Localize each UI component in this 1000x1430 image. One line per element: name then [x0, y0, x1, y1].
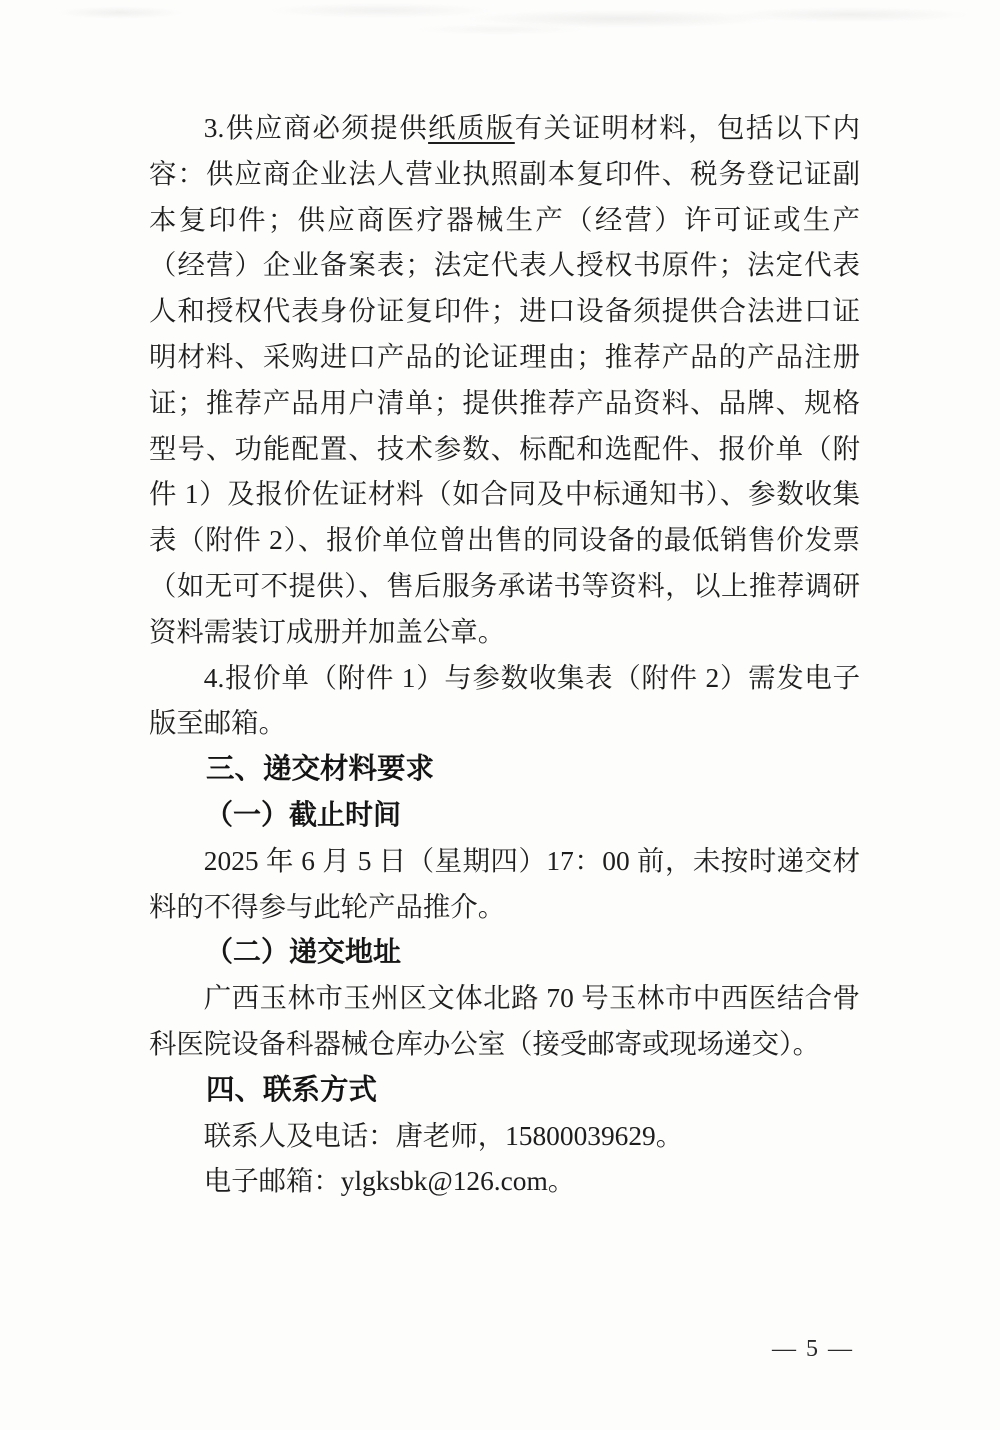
paragraph-contact-email: 电子邮箱：ylgksbk@126.com。 — [149, 1159, 860, 1205]
document-page: 3.供应商必须提供纸质版有关证明材料，包括以下内容：供应商企业法人营业执照副本复… — [0, 0, 1000, 1430]
page-footer: — 5 — — [772, 1336, 854, 1363]
item3-underlined-term: 纸质版 — [428, 113, 515, 143]
scan-artifact-top — [0, 0, 1000, 42]
subsection-deadline-heading: （一）截止时间 — [149, 793, 860, 839]
paragraph-item4-electronic-copy: 4.报价单（附件 1）与参数收集表（附件 2）需发电子版至邮箱。 — [149, 656, 860, 748]
section3-heading-submission-requirements: 三、递交材料要求 — [149, 747, 860, 793]
item3-text-suffix: 有关证明材料，包括以下内容：供应商企业法人营业执照副本复印件、税务登记证副本复印… — [149, 113, 860, 647]
paragraph-deadline: 2025 年 6 月 5 日（星期四）17：00 前，未按时递交材料的不得参与此… — [149, 839, 860, 931]
paragraph-contact-phone: 联系人及电话：唐老师，15800039629。 — [149, 1114, 860, 1160]
subsection-address-heading: （二）递交地址 — [149, 930, 860, 976]
item3-text-prefix: 3.供应商必须提供 — [204, 113, 428, 143]
page-number: — 5 — — [772, 1336, 854, 1362]
section4-heading-contact-info: 四、联系方式 — [149, 1068, 860, 1114]
paragraph-address: 广西玉林市玉州区文体北路 70 号玉林市中西医结合骨科医院设备科器械仓库办公室（… — [149, 976, 860, 1068]
paragraph-item3-materials: 3.供应商必须提供纸质版有关证明材料，包括以下内容：供应商企业法人营业执照副本复… — [149, 106, 860, 656]
document-body: 3.供应商必须提供纸质版有关证明材料，包括以下内容：供应商企业法人营业执照副本复… — [149, 106, 860, 1205]
